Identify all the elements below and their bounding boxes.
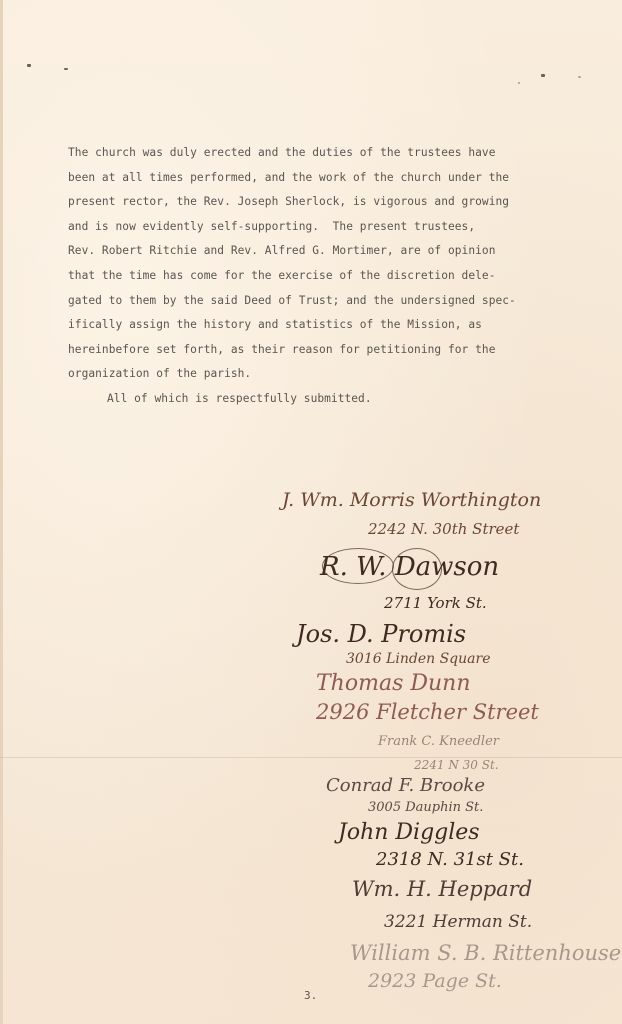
closing-line: All of which is respectfully submitted. bbox=[68, 390, 588, 415]
signature-name: Frank C. Kneedler bbox=[378, 734, 499, 749]
signature-name: Thomas Dunn bbox=[316, 671, 471, 696]
body-line: gated to them by the said Deed of Trust;… bbox=[68, 292, 588, 317]
body-line: Rev. Robert Ritchie and Rev. Alfred G. M… bbox=[68, 242, 588, 267]
signature-name: William S. B. Rittenhouse bbox=[350, 941, 621, 965]
body-line: that the time has come for the exercise … bbox=[68, 267, 588, 292]
paper-speck bbox=[518, 82, 520, 84]
signature-address: 3005 Dauphin St. bbox=[368, 800, 483, 815]
paper-edge bbox=[0, 0, 3, 1024]
signature-name: Wm. H. Heppard bbox=[352, 877, 532, 901]
document-page: The church was duly erected and the duti… bbox=[0, 0, 622, 1024]
signature-name: J. Wm. Morris Worthington bbox=[282, 489, 541, 511]
signature-name: Conrad F. Brooke bbox=[326, 775, 485, 796]
signature-address: 3016 Linden Square bbox=[346, 651, 490, 667]
body-line: hereinbefore set forth, as their reason … bbox=[68, 341, 588, 366]
signature-address: 2318 N. 31st St. bbox=[376, 849, 524, 870]
body-line: been at all times performed, and the wor… bbox=[68, 169, 588, 194]
paper-fold bbox=[0, 757, 622, 758]
signature-address: 2926 Fletcher Street bbox=[316, 700, 539, 724]
paper-speck bbox=[541, 74, 545, 77]
body-line: organization of the parish. bbox=[68, 365, 588, 390]
signature-address: 2241 N 30 St. bbox=[414, 758, 499, 772]
signature-name: R. W. Dawson bbox=[320, 552, 499, 582]
signature-address: 3221 Herman St. bbox=[384, 912, 532, 932]
signature-name: John Diggles bbox=[338, 820, 480, 845]
signature-address: 2923 Page St. bbox=[368, 970, 502, 992]
paper-speck bbox=[578, 76, 581, 78]
body-line: present rector, the Rev. Joseph Sherlock… bbox=[68, 193, 588, 218]
signature-name: Jos. D. Promis bbox=[296, 620, 466, 648]
body-line: The church was duly erected and the duti… bbox=[68, 144, 588, 169]
body-line: and is now evidently self-supporting. Th… bbox=[68, 218, 588, 243]
paper-speck bbox=[27, 64, 31, 67]
body-line: ifically assign the history and statisti… bbox=[68, 316, 588, 341]
paper-speck bbox=[64, 68, 68, 70]
signature-address: 2711 York St. bbox=[384, 594, 487, 612]
signature-address: 2242 N. 30th Street bbox=[368, 520, 519, 538]
typed-body: The church was duly erected and the duti… bbox=[68, 144, 588, 415]
page-number: 3. bbox=[304, 989, 317, 1002]
